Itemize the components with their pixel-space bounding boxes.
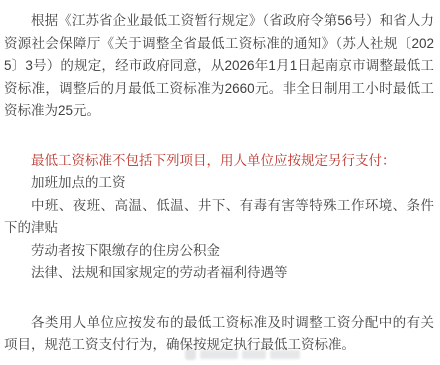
- excluded-item-housing-fund: 劳动者按下限缴存的住房公积金: [4, 240, 434, 263]
- wage-notice-document: 根据《江苏省企业最低工资暂行规定》（省政府令第56号）和省人力资源社会保障厅《关…: [0, 0, 440, 365]
- excluded-item-special-conditions-allowance: 中班、夜班、高温、低温、井下、有毒有害等特殊工作环境、条件下的津贴: [4, 195, 434, 240]
- intro-paragraph: 根据《江苏省企业最低工资暂行规定》（省政府令第56号）和省人力资源社会保障厅《关…: [4, 10, 434, 123]
- excluded-items-heading: 最低工资标准不包括下列项目，用人单位应按规定另行支付：: [4, 150, 434, 173]
- excluded-item-statutory-welfare: 法律、法规和国家规定的劳动者福利待遇等: [4, 262, 434, 285]
- closing-paragraph: 各类用人单位应按发布的最低工资标准及时调整工资分配中的有关项目，规范工资支付行为…: [4, 312, 434, 357]
- excluded-item-overtime-pay: 加班加点的工资: [4, 172, 434, 195]
